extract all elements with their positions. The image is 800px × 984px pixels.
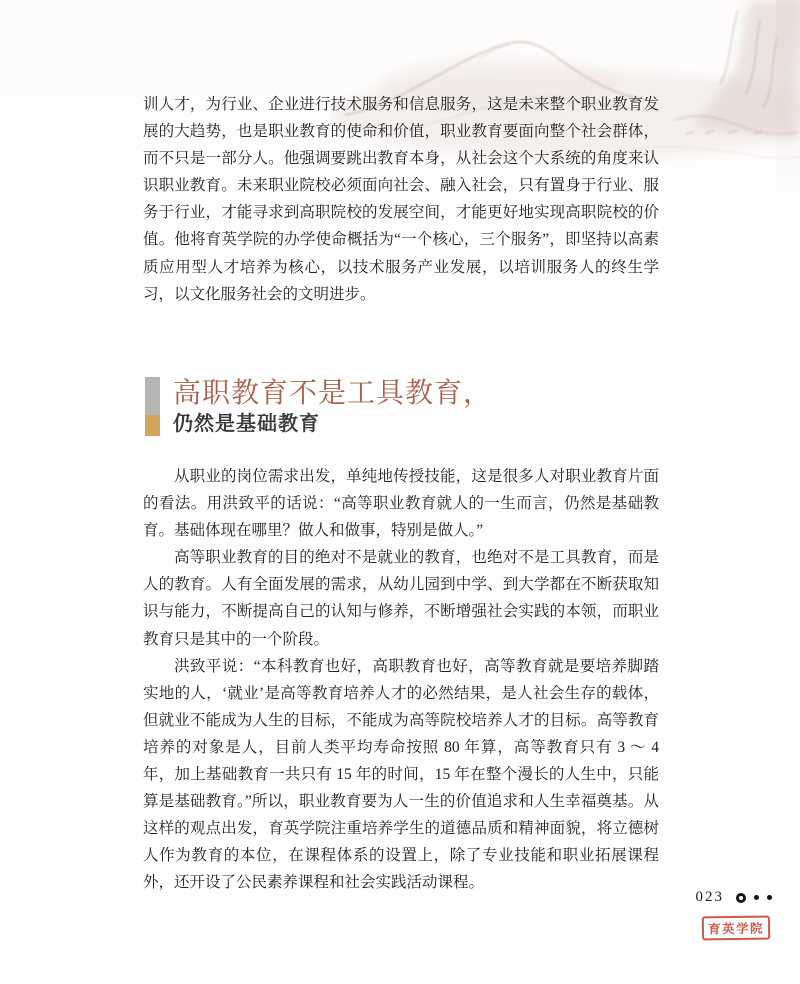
heading-title-line1: 高职教育不是工具教育， bbox=[173, 377, 492, 409]
heading-text: 高职教育不是工具教育， 仍然是基础教育 bbox=[173, 377, 492, 436]
solid-dot-icon bbox=[767, 895, 772, 900]
body-paragraph: 洪致平说：“本科教育也好，高职教育也好，高等教育就是要培养脚踏实地的人，‘就业’… bbox=[143, 653, 659, 897]
school-seal-stamp: 育英学院 bbox=[702, 916, 770, 941]
intro-paragraph: 训人才，为行业、企业进行技术服务和信息服务，这是未来整个职业教育发展的大趋势，也… bbox=[143, 91, 659, 308]
body-paragraph: 从职业的岗位需求出发，单纯地传授技能，这是很多人对职业教育片面的看法。用洪致平的… bbox=[143, 463, 659, 544]
body-paragraph: 高等职业教育的目的绝对不是就业的教育，也绝对不是工具教育，而是人的教育。人有全面… bbox=[143, 544, 659, 652]
heading-bar-gold-segment bbox=[145, 415, 160, 436]
heading-title-line2: 仍然是基础教育 bbox=[173, 412, 492, 436]
book-page: 训人才，为行业、企业进行技术服务和信息服务，这是未来整个职业教育发展的大趋势，也… bbox=[0, 0, 800, 984]
intro-paragraph-block: 训人才，为行业、企业进行技术服务和信息服务，这是未来整个职业教育发展的大趋势，也… bbox=[143, 91, 659, 308]
heading-accent-bar bbox=[145, 377, 160, 436]
solid-dot-icon bbox=[754, 895, 759, 900]
page-number: 023 bbox=[696, 889, 725, 906]
ring-dot-icon bbox=[736, 893, 746, 903]
section-heading: 高职教育不是工具教育， 仍然是基础教育 bbox=[145, 377, 492, 436]
page-dots-ornament bbox=[736, 893, 772, 903]
body-text-block: 从职业的岗位需求出发，单纯地传授技能，这是很多人对职业教育片面的看法。用洪致平的… bbox=[143, 463, 659, 897]
page-footer: 023 bbox=[696, 889, 773, 906]
heading-bar-gray-segment bbox=[145, 377, 160, 415]
